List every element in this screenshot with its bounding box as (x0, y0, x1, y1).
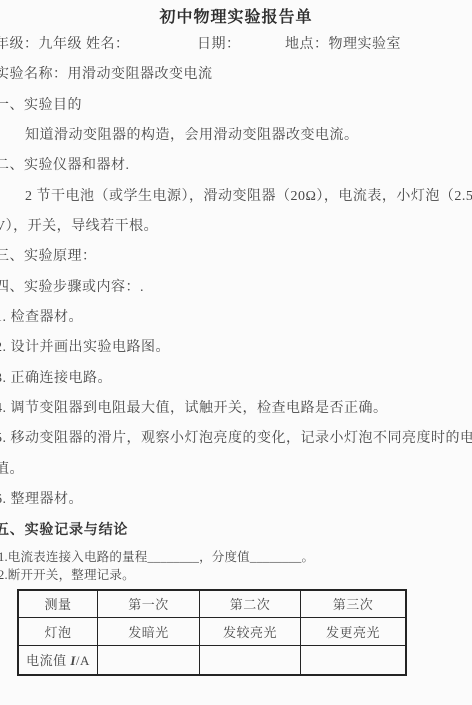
lab-report-document: 初中物理实验报告单 年级：九年级 姓名： 日期： 地点：物理实验室 实验名称：用… (0, 0, 472, 705)
header-measure: 测量 (18, 590, 98, 617)
purpose-text: 知道滑动变阻器的构造，会用滑动变阻器改变电流。 (0, 121, 472, 151)
step-1: 1. 检查器材。 (0, 303, 472, 333)
current-label-prefix: 电流值 (26, 653, 70, 668)
bulb-trial-2: 发较亮光 (200, 617, 301, 645)
bulb-trial-3: 发更亮光 (301, 617, 407, 645)
record-notes: 1.电流表连接入电路的量程________，分度值________。 2.断开开… (0, 549, 472, 584)
heading-purpose: 一、实验目的 (0, 91, 472, 121)
current-value-trial-3 (301, 645, 407, 675)
heading-equipment: 二、实验仪器和器材. (0, 151, 472, 181)
heading-record-conclusion: 五、实验记录与结论 (0, 516, 472, 546)
table-header-row: 测量 第一次 第二次 第三次 (18, 590, 406, 617)
record-note-range: 1.电流表连接入电路的量程________，分度值________。 (0, 549, 472, 567)
date-field: 日期： (197, 30, 241, 60)
equipment-text-line1: 2 节干电池（或学生电源），滑动变阻器（20Ω），电流表，小灯泡（2.5 (0, 182, 472, 212)
meta-line: 年级：九年级 姓名： 日期： 地点：物理实验室 (0, 30, 472, 60)
location-field: 地点：物理实验室 (285, 30, 401, 60)
header-trial-2: 第二次 (200, 590, 301, 617)
current-value-row: 电流值 I/A (18, 645, 406, 675)
current-value-label: 电流值 I/A (18, 645, 98, 675)
grade-name-field: 年级：九年级 姓名： (0, 30, 130, 60)
step-2: 2. 设计并画出实验电路图。 (0, 333, 472, 363)
step-5-line1: 5. 移动变阻器的滑片，观察小灯泡亮度的变化，记录小灯泡不同亮度时的电流 (0, 424, 472, 454)
current-label-suffix: /A (76, 653, 90, 668)
experiment-name-line: 实验名称：用滑动变阻器改变电流 (0, 60, 472, 90)
step-6: 6. 整理器材。 (0, 485, 472, 515)
current-value-trial-1 (98, 645, 200, 675)
heading-steps: 四、实验步骤或内容：. (0, 273, 472, 303)
step-5-line2: 值。 (0, 455, 472, 485)
step-3: 3. 正确连接电路。 (0, 364, 472, 394)
page-title: 初中物理实验报告单 (0, 4, 472, 27)
header-trial-1: 第一次 (98, 590, 200, 617)
document-body: 年级：九年级 姓名： 日期： 地点：物理实验室 实验名称：用滑动变阻器改变电流 … (0, 30, 472, 546)
bulb-row: 灯泡 发暗光 发较亮光 发更亮光 (18, 617, 406, 645)
equipment-text-line2: V），开关，导线若干根。 (0, 212, 472, 242)
record-note-switch: 2.断开开关，整理记录。 (0, 567, 472, 585)
heading-principle: 三、实验原理： (0, 242, 472, 272)
header-trial-3: 第三次 (301, 590, 407, 617)
bulb-label: 灯泡 (18, 617, 98, 645)
step-4: 4. 调节变阻器到电阻最大值，试触开关，检查电路是否正确。 (0, 394, 472, 424)
current-value-trial-2 (200, 645, 301, 675)
bulb-trial-1: 发暗光 (98, 617, 200, 645)
document-content: 初中物理实验报告单 年级：九年级 姓名： 日期： 地点：物理实验室 实验名称：用… (0, 0, 472, 705)
measurement-table: 测量 第一次 第二次 第三次 灯泡 发暗光 发较亮光 发更亮光 电流值 I/A (17, 589, 407, 676)
